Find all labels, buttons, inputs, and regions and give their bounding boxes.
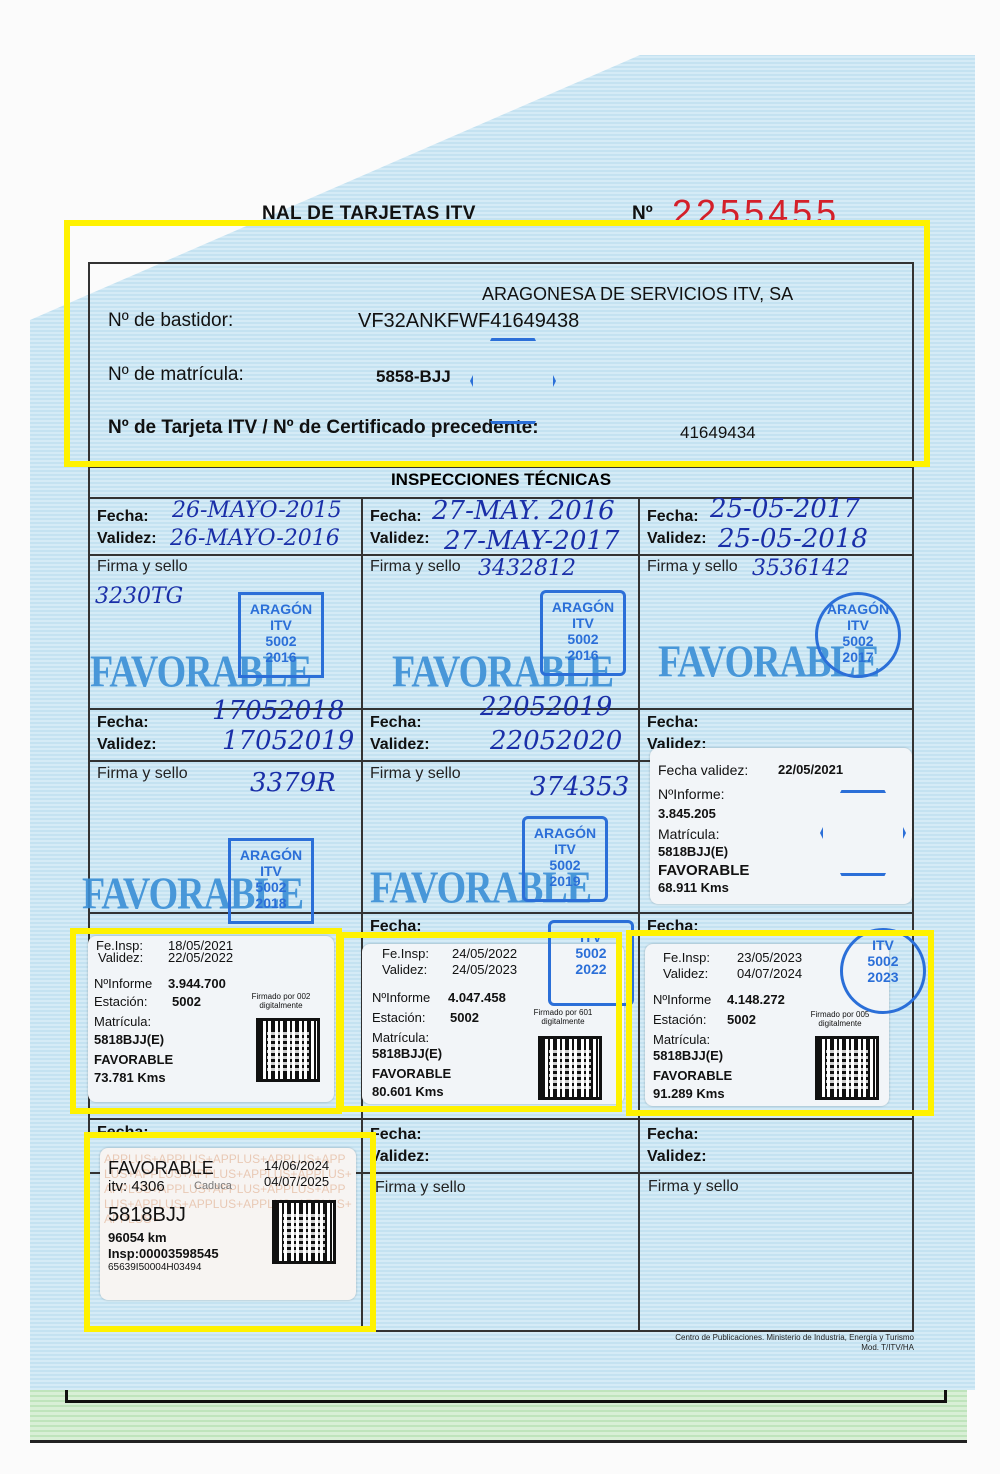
fecha-label: Fecha: [647, 1126, 699, 1144]
sticker-matricula: 5818BJJ(E) [658, 844, 728, 859]
aragon-seal-stamp: ARAGÓNITV50022017 [815, 592, 901, 678]
inspection-3-validez: 25-05-2018 [718, 524, 868, 554]
highlight-sticker-2024 [84, 1132, 376, 1332]
fecha-label: Fecha: [370, 1126, 422, 1144]
firma-label: Firma y sello [648, 1178, 739, 1196]
fecha-label: Fecha: [370, 714, 422, 732]
publication-footer: Centro de Publicaciones. Ministerio de I… [675, 1333, 914, 1353]
inspection-1-validez: 26-MAYO-2016 [170, 526, 340, 551]
fecha-label: Fecha: [370, 508, 422, 526]
validez-label: Validez: [647, 1148, 707, 1166]
sticker-kms: 68.911 Kms [658, 880, 729, 895]
validez-label: Validez: [647, 530, 707, 548]
sticker-validez: 22/05/2021 [778, 762, 843, 777]
aragon-seal-stamp: ARAGÓNITV50022016 [540, 590, 626, 676]
inspection-2-validez: 27-MAY-2017 [444, 526, 619, 556]
firma-label: Firma y sello [97, 765, 188, 783]
highlight-sticker-2022 [338, 932, 622, 1112]
footer-line-1: Centro de Publicaciones. Ministerio de I… [675, 1333, 914, 1343]
inspection-4-validez: 17052019 [222, 726, 354, 756]
sticker-validez-label: Fecha validez: [658, 762, 748, 778]
inspection-4-signature-no: 3379R [250, 768, 336, 798]
firma-label: Firma y sello [370, 558, 461, 576]
aragon-seal-stamp: ARAGÓNITV50022018 [228, 838, 314, 924]
sticker-result: FAVORABLE [658, 862, 749, 879]
inspection-3-signature-no: 3536142 [752, 556, 850, 581]
inspection-2-signature-no: 3432812 [478, 556, 576, 581]
sticker-matricula-label: Matrícula: [658, 826, 719, 842]
inspection-sticker-2020: Fecha validez: 22/05/2021 NºInforme: 3.8… [650, 748, 912, 904]
firma-label: Firma y sello [370, 765, 461, 783]
inspection-1-fecha: 26-MAYO-2015 [172, 498, 342, 523]
inspection-5-validez: 22052020 [490, 726, 622, 756]
highlight-vehicle-info [64, 220, 930, 467]
sticker-informe-label: NºInforme: [658, 786, 725, 802]
inspection-3-fecha: 25-05-2017 [710, 494, 860, 524]
aragon-seal-stamp: ARAGÓNITV50022016 [238, 592, 324, 678]
footer-line-2: Mod. T/ITV/HA [675, 1343, 914, 1353]
fecha-label: Fecha: [647, 508, 699, 526]
highlight-sticker-2023 [626, 930, 934, 1116]
validez-label: Validez: [370, 530, 430, 548]
firma-label: Firma y sello [97, 558, 188, 576]
inspection-2-fecha: 27-MAY. 2016 [432, 496, 615, 526]
fecha-label: Fecha: [647, 714, 699, 732]
inspection-1-signature-no: 3230TG [95, 584, 183, 609]
highlight-sticker-2021 [70, 928, 342, 1114]
back-card-border [65, 1390, 947, 1403]
aragon-seal-stamp: ARAGÓNITV50022019 [522, 816, 608, 902]
validez-label: Validez: [370, 1148, 430, 1166]
inspection-4-fecha: 17052018 [212, 696, 344, 726]
sticker-informe: 3.845.205 [658, 806, 716, 821]
grid-line [88, 1118, 914, 1120]
fecha-label: Fecha: [97, 714, 149, 732]
validez-label: Validez: [97, 736, 157, 754]
section-title: INSPECCIONES TÉCNICAS [88, 470, 914, 490]
firma-label: Firma y sello [375, 1179, 466, 1197]
grid-line [638, 497, 640, 1332]
fecha-label: Fecha: [97, 508, 149, 526]
firma-label: Firma y sello [647, 558, 738, 576]
aragon-seal-stamp [820, 790, 906, 876]
inspection-5-fecha: 22052019 [480, 692, 612, 722]
validez-label: Validez: [370, 736, 430, 754]
validez-label: Validez: [97, 530, 157, 548]
inspection-5-signature-no: 374353 [530, 772, 629, 802]
